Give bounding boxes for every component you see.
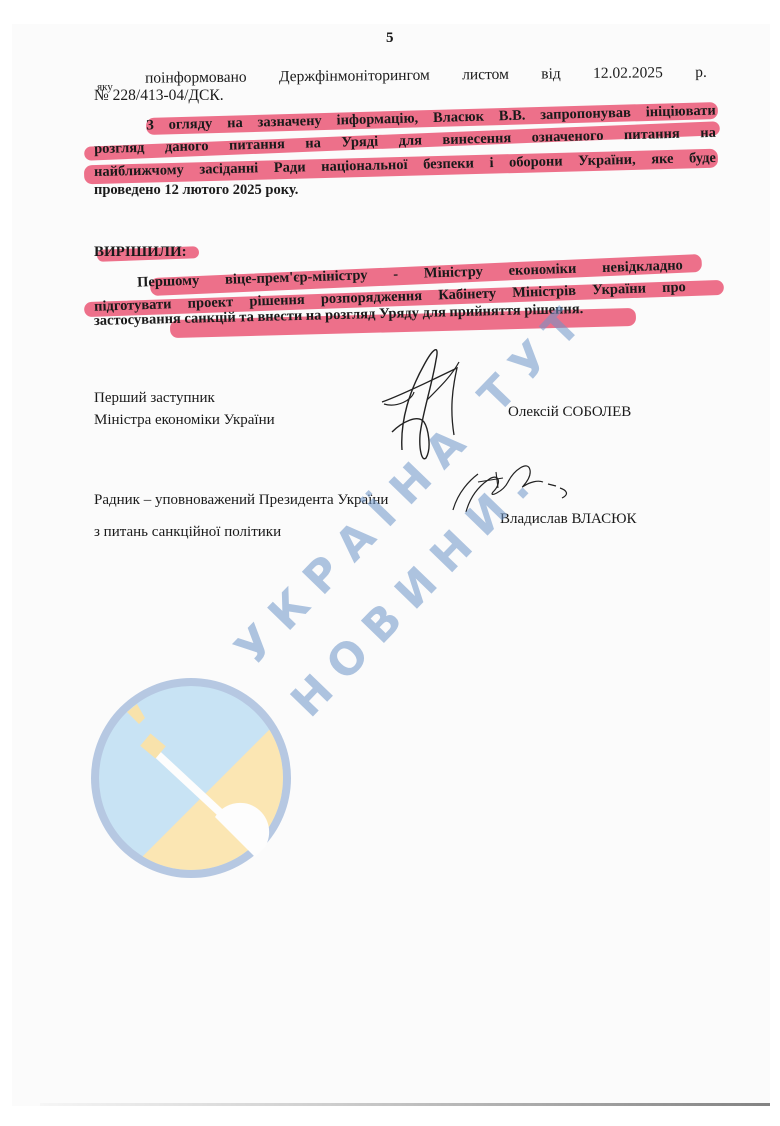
word: огляду [168, 114, 212, 135]
word: 12.02.2025 [593, 63, 663, 92]
page-bottom-edge [40, 1103, 770, 1106]
word: р. [695, 63, 707, 91]
word: найближчому [94, 160, 184, 182]
word: для [398, 131, 422, 152]
word: Ради [274, 157, 306, 178]
ukraine-tut-logo-icon [85, 672, 297, 884]
word: Уряді [341, 132, 378, 153]
word: листом [462, 65, 509, 93]
word: З [146, 115, 154, 135]
word: В.В. [499, 106, 526, 127]
word: інформацію, [336, 108, 418, 130]
paragraph-2-line-4: проведено 12 лютого 2025 року. [94, 180, 298, 200]
word: від [541, 64, 561, 92]
word: питання [624, 124, 680, 145]
word: і [489, 153, 493, 173]
signatory-1-position-line-2: Міністра економіки України [94, 410, 275, 430]
word: на [700, 123, 716, 143]
word: економіки [508, 259, 576, 281]
word: про [662, 277, 686, 298]
word: Першому [137, 271, 200, 293]
word: національної [321, 155, 408, 177]
word: України [592, 279, 646, 301]
word: питання [229, 134, 285, 155]
signatory-1-name: Олексій СОБОЛЕВ [508, 402, 631, 422]
word: даного [165, 136, 209, 157]
word: означеного [531, 126, 603, 148]
word: на [305, 133, 321, 153]
decision-heading: ВИРІШИЛИ: [94, 242, 187, 262]
word: засіданні [199, 158, 258, 179]
word: яке [651, 149, 674, 170]
word: безпеки [423, 153, 474, 174]
word: ініціювати [645, 101, 716, 123]
word: оборони [509, 151, 563, 172]
word: буде [689, 148, 716, 169]
word: Міністру [424, 262, 484, 284]
word: - [393, 264, 398, 284]
word: розгляд [94, 138, 145, 159]
word: невідкладно [602, 255, 683, 278]
signatory-2-position-line-1: Радник – уповноважений Президента Україн… [94, 490, 388, 510]
word: запропонував [540, 103, 631, 125]
word: зазначену [257, 111, 322, 133]
word: Держфінмоніторингом [279, 66, 430, 96]
word: Власюк [433, 107, 484, 128]
paragraph-1-line-2: № 228/413-04/ДСК. [94, 86, 224, 106]
signatory-1-position-line-1: Перший заступник [94, 388, 215, 408]
word: на [227, 113, 243, 133]
word: України, [578, 150, 636, 171]
page-number: 5 [386, 30, 394, 47]
word: винесення [442, 128, 511, 150]
signatory-2-position-line-2: з питань санкційної політики [94, 522, 281, 542]
